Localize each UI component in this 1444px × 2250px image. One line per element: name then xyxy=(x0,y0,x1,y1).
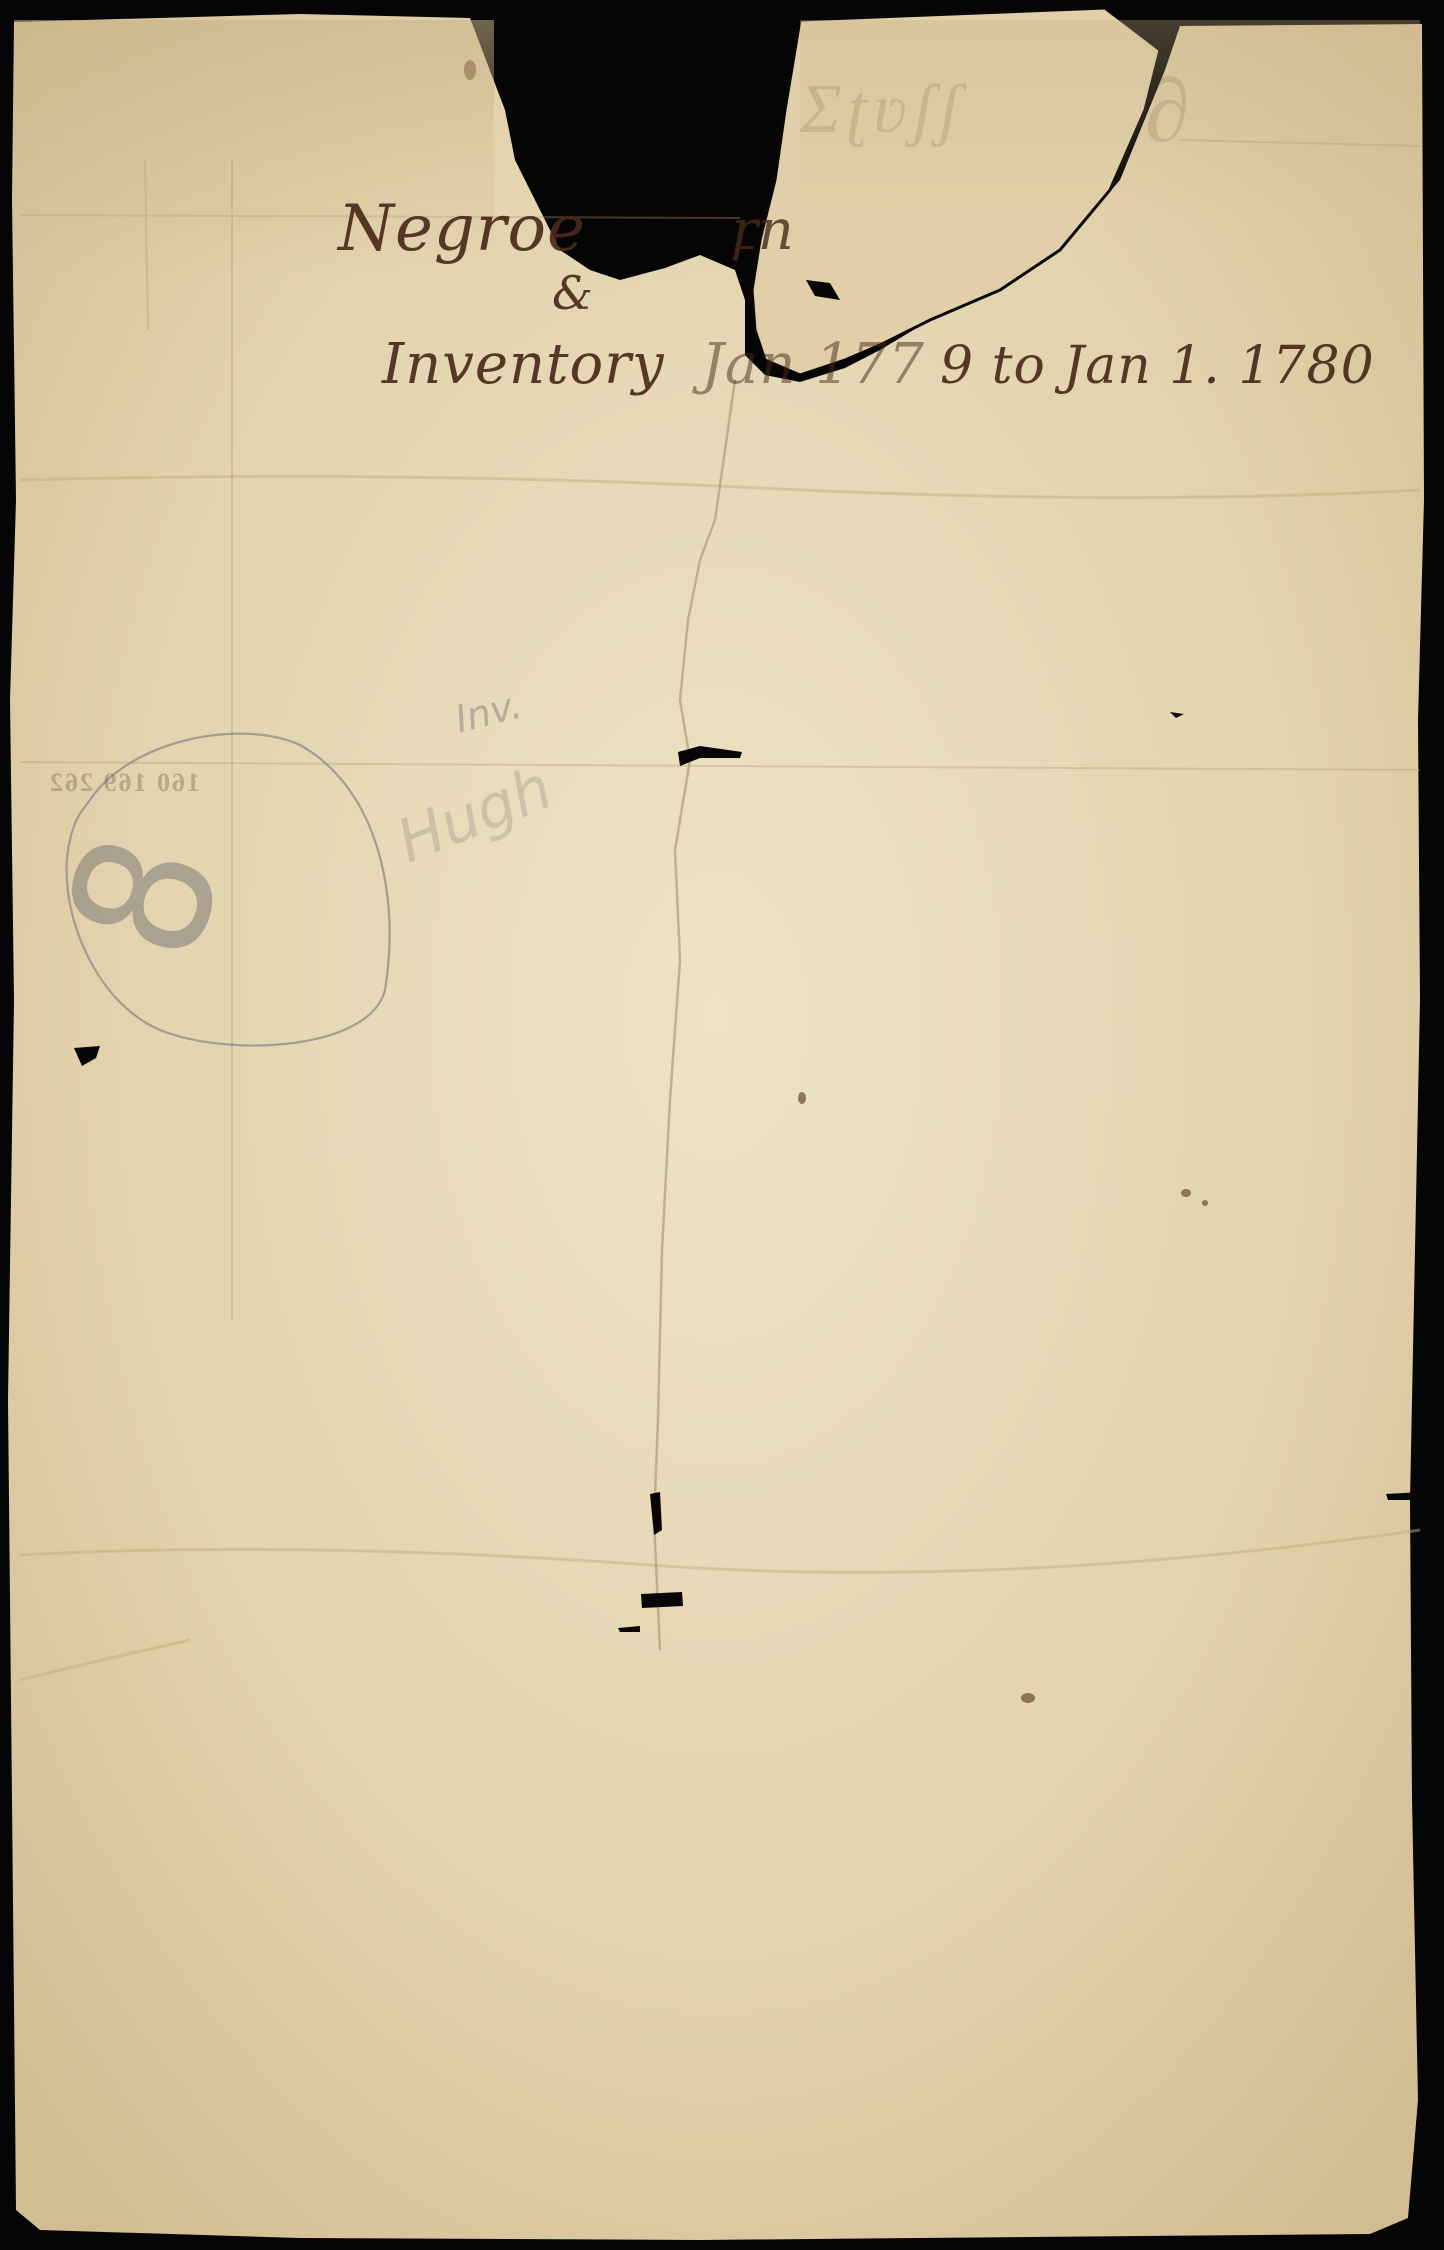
docket-date-range: 9 to Jan 1. 1780 xyxy=(940,336,1375,396)
bleed-through-letter: ∂ xyxy=(1145,60,1189,163)
bleed-through-numbers: 160 169 262 xyxy=(48,768,200,798)
docket-ampersand: & xyxy=(552,266,594,320)
scan-background: 160 169 262 Ʃʈʋʃʃ ∂ 8 Inv. Hugh Negroe ꝼ… xyxy=(0,0,1444,2250)
docket-line-negroe: Negroe xyxy=(338,192,586,266)
docket-torn-fragment: ꝼn xyxy=(730,198,795,263)
bleed-through-heading: Ʃʈʋʃʃ xyxy=(800,70,965,150)
docket-torn-date: Jan 177 xyxy=(701,332,925,397)
docket-word-negroe: Negroe xyxy=(338,192,586,266)
docket-word-inventory: Inventory xyxy=(382,332,665,397)
docket-line-inventory: Inventory Jan 177 xyxy=(382,332,925,397)
